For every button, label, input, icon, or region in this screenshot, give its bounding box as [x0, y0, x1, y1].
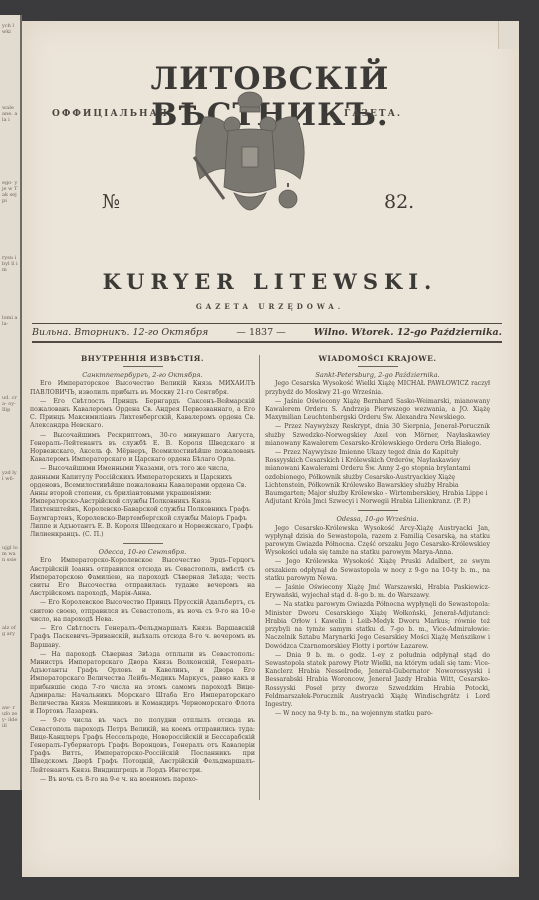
- article-paragraph: — Jaśnie Oświecony Xiążę Bernhard Sasko-…: [265, 398, 490, 423]
- article-paragraph: — Dnia 9 b. m. o godz. 1-ey z południa o…: [265, 652, 490, 709]
- article-paragraph: — Его Свѣтлость Принцъ Бернгардъ Саксенъ…: [30, 398, 255, 431]
- section-rule: [358, 510, 398, 511]
- masthead-subtitle-polish: GAZETA URZĘDOWA.: [40, 302, 500, 311]
- masthead-label-official: ОФФИЦІАЛЬНАЯ: [52, 109, 169, 119]
- section-heading-internal-news: ВНУТРЕННІЯ ИЗВѢСТІЯ.: [30, 355, 255, 363]
- article-paragraph: — Высочайшимъ Рескриптомъ, 30-го минувша…: [30, 432, 255, 465]
- section-rule: [123, 543, 163, 544]
- dateline-top-rule: [32, 323, 502, 324]
- article-paragraph: — Его Королевское Высочество Принцъ Прус…: [30, 599, 255, 624]
- column-polish: WIADOMOŚCI KRAJOWE. Sankt-Petersburg, 2-…: [265, 355, 490, 719]
- masthead-label-gazette: ГАЗЕТА.: [344, 109, 402, 119]
- adjacent-page-text: yzd lyl w6-: [2, 470, 18, 482]
- article-paragraph: — Przez Naywyższe Imienne Ukazy tegoż dn…: [265, 449, 490, 506]
- article-paragraph: — Na statku parowym Gwiazda Północna wyp…: [265, 601, 490, 650]
- column-russian: ВНУТРЕННІЯ ИЗВѢСТІЯ. Санктпетербургъ, 2-…: [30, 355, 255, 785]
- masthead-title-polish: KURYER LITEWSKI.: [40, 269, 500, 294]
- article-paragraph: Jego Cesarska Wysokość Wielki Xiążę MICH…: [265, 380, 490, 396]
- article-paragraph: — Jego Królewska Wysokość Xiążę Pruski A…: [265, 558, 490, 583]
- heading-rule: [358, 366, 398, 367]
- adjacent-page-edge: ych lwki wale ane. ala i ego- yje w Tak …: [0, 15, 22, 790]
- issue-number: 82.: [384, 191, 414, 213]
- article-paragraph: — W nocy na 9-ty b. m., na wojennym stat…: [265, 710, 490, 718]
- newspaper-page: ЛИТОВСКІЙ ВѢСТНИКЪ. ОФФИЦІАЛЬНАЯ ГАЗЕТА.…: [22, 21, 519, 877]
- adjacent-page-text: lomi ala-: [2, 315, 18, 327]
- article-paragraph: — Въ ночь съ 8-го на 9-е ч. на военномъ …: [30, 776, 255, 784]
- dateline-city: Sankt-Petersburg, 2-go Października.: [265, 371, 490, 379]
- adjacent-page-text: ujgl lom wan ssie: [2, 545, 18, 563]
- double-headed-eagle-icon: [184, 87, 316, 235]
- adjacent-page-text: ud. cra- oy- Ilip: [2, 395, 18, 413]
- adjacent-page-text: alz ofg ary: [2, 625, 18, 637]
- article-paragraph: — Przez Naywyższy Reskrypt, dnia 30 Sier…: [265, 423, 490, 448]
- adjacent-page-text: ych lwki: [2, 23, 18, 35]
- dateline-city: Одесса, 10-го Сентября.: [30, 548, 255, 556]
- article-paragraph: — 9-го числа въ часъ по полудни отплылъ …: [30, 717, 255, 774]
- dateline-polish: Wilno. Wtorek. 12-go Października.: [314, 327, 502, 338]
- dateline-city: Odessa, 10-go Września.: [265, 515, 490, 523]
- heading-rule: [123, 366, 163, 367]
- article-paragraph: — Jaśnie Oświecony Xiążę Jmć Warszawski,…: [265, 584, 490, 600]
- article-paragraph: — На пароходѣ Сѣверная Звѣзда отплыли въ…: [30, 651, 255, 717]
- adjacent-page-text: wale ane. ala i: [2, 105, 18, 123]
- adjacent-page-text: ego- yje w Tak sejpi: [2, 180, 18, 204]
- dateline-city: Санктпетербургъ, 2-го Октября.: [30, 371, 255, 379]
- dateline: Вильна. Вторникъ. 12-го Октября — 1837 —…: [32, 327, 502, 338]
- article-paragraph: Его Императорское Высочество Великій Кня…: [30, 380, 255, 396]
- article-paragraph: — Высочайшими Именными Указами, отъ того…: [30, 465, 255, 539]
- adjacent-page-text: aw- rufo zey- ilde ill: [2, 705, 18, 729]
- article-paragraph: Его Императорско-Королевское Высочество …: [30, 557, 255, 598]
- section-heading-domestic-news: WIADOMOŚCI KRAJOWE.: [265, 355, 490, 363]
- dateline-year: — 1837 —: [236, 327, 285, 338]
- adjacent-page-text: rysu ibyl li im: [2, 255, 18, 273]
- dateline-russian: Вильна. Вторникъ. 12-го Октября: [32, 327, 208, 338]
- dateline-bottom-rule: [32, 341, 502, 343]
- column-divider: [259, 355, 260, 800]
- page-fold-corner: [498, 21, 519, 49]
- article-paragraph: — Его Свѣтлость Генералъ-Фельдмаршалъ Кн…: [30, 625, 255, 650]
- issue-number-sign: №: [102, 191, 120, 213]
- article-paragraph: Jego Cesarsko-Królewska Wysokość Arcy-Xi…: [265, 525, 490, 558]
